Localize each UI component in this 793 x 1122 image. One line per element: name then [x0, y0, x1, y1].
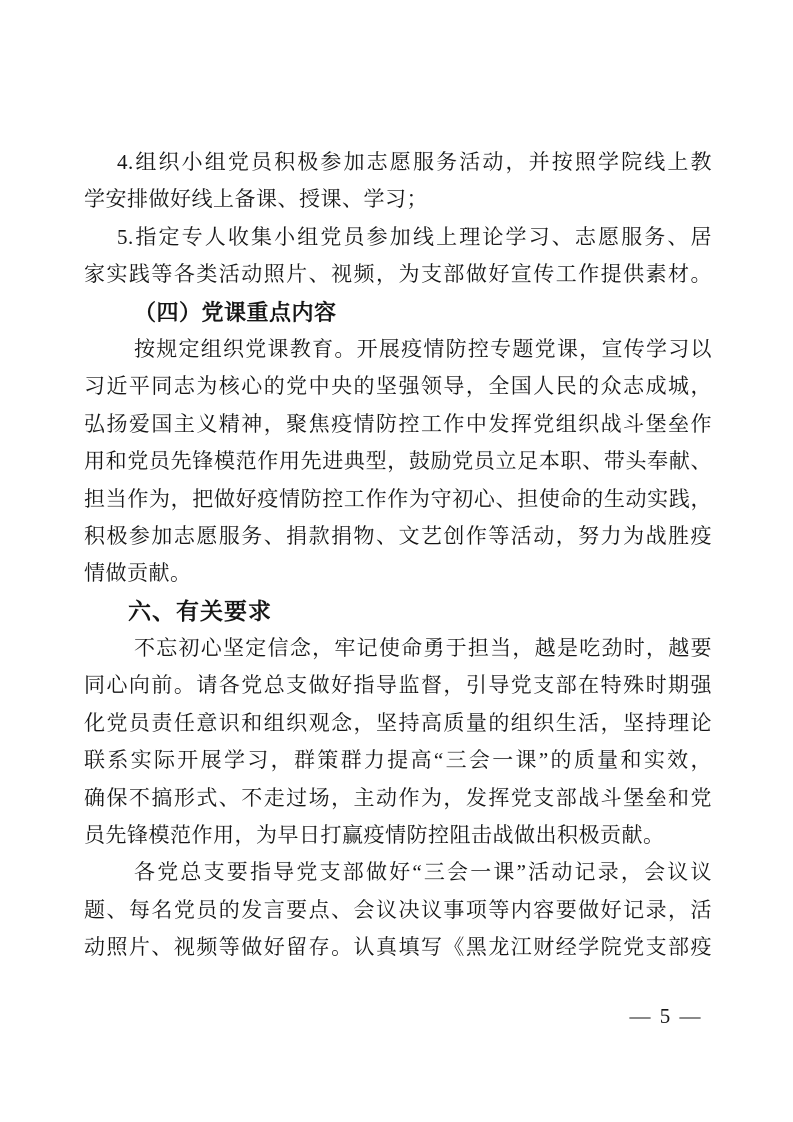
text-line: 5.指定专人收集小组党员参加线上理论学习、志愿服务、居: [84, 219, 712, 256]
text-line: 4.组织小组党员积极参加志愿服务活动，并按照学院线上教: [84, 144, 712, 181]
document-body: 4.组织小组党员积极参加志愿服务活动，并按照学院线上教 学安排做好线上备课、授课…: [84, 144, 712, 967]
text-line: 员先锋模范作用，为早日打赢疫情防控阻击战做出积极贡献。: [84, 817, 712, 854]
text-line: 按规定组织党课教育。开展疫情防控专题党课，宣传学习以: [84, 331, 712, 368]
text-line: 情做贡献。: [84, 555, 712, 592]
text-line: 确保不搞形式、不走过场，主动作为，发挥党支部战斗堡垒和党: [84, 780, 712, 817]
text-line: 用和党员先锋模范作用先进典型，鼓励党员立足本职、带头奉献、: [84, 443, 712, 480]
text-line: 同心向前。请各党总支做好指导监督，引导党支部在特殊时期强: [84, 667, 712, 704]
text-line: 习近平同志为核心的党中央的坚强领导，全国人民的众志成城，: [84, 368, 712, 405]
text-line: 化党员责任意识和组织观念，坚持高质量的组织生活，坚持理论: [84, 705, 712, 742]
text-line: 各党总支要指导党支部做好“三会一课”活动记录，会议议: [84, 854, 712, 891]
text-line: 积极参加志愿服务、捐款捐物、文艺创作等活动，努力为战胜疫: [84, 518, 712, 555]
text-line: 弘扬爱国主义精神，聚焦疫情防控工作中发挥党组织战斗堡垒作: [84, 406, 712, 443]
text-line: 学安排做好线上备课、授课、学习；: [84, 181, 712, 218]
text-line: 题、每名党员的发言要点、会议决议事项等内容要做好记录，活: [84, 892, 712, 929]
document-page: 4.组织小组党员积极参加志愿服务活动，并按照学院线上教 学安排做好线上备课、授课…: [0, 0, 793, 1122]
page-number: — 5 —: [618, 1002, 714, 1030]
text-line: 担当作为，把做好疫情防控工作作为守初心、担使命的生动实践，: [84, 481, 712, 518]
heading-party-lecture-content: （四）党课重点内容: [84, 294, 712, 331]
text-line: 不忘初心坚定信念，牢记使命勇于担当，越是吃劲时，越要: [84, 630, 712, 667]
text-line: 动照片、视频等做好留存。认真填写《黑龙江财经学院党支部疫: [84, 929, 712, 966]
text-line: 联系实际开展学习，群策群力提高“三会一课”的质量和实效，: [84, 742, 712, 779]
heading-requirements: 六、有关要求: [84, 593, 712, 630]
text-line: 家实践等各类活动照片、视频，为支部做好宣传工作提供素材。: [84, 256, 712, 293]
